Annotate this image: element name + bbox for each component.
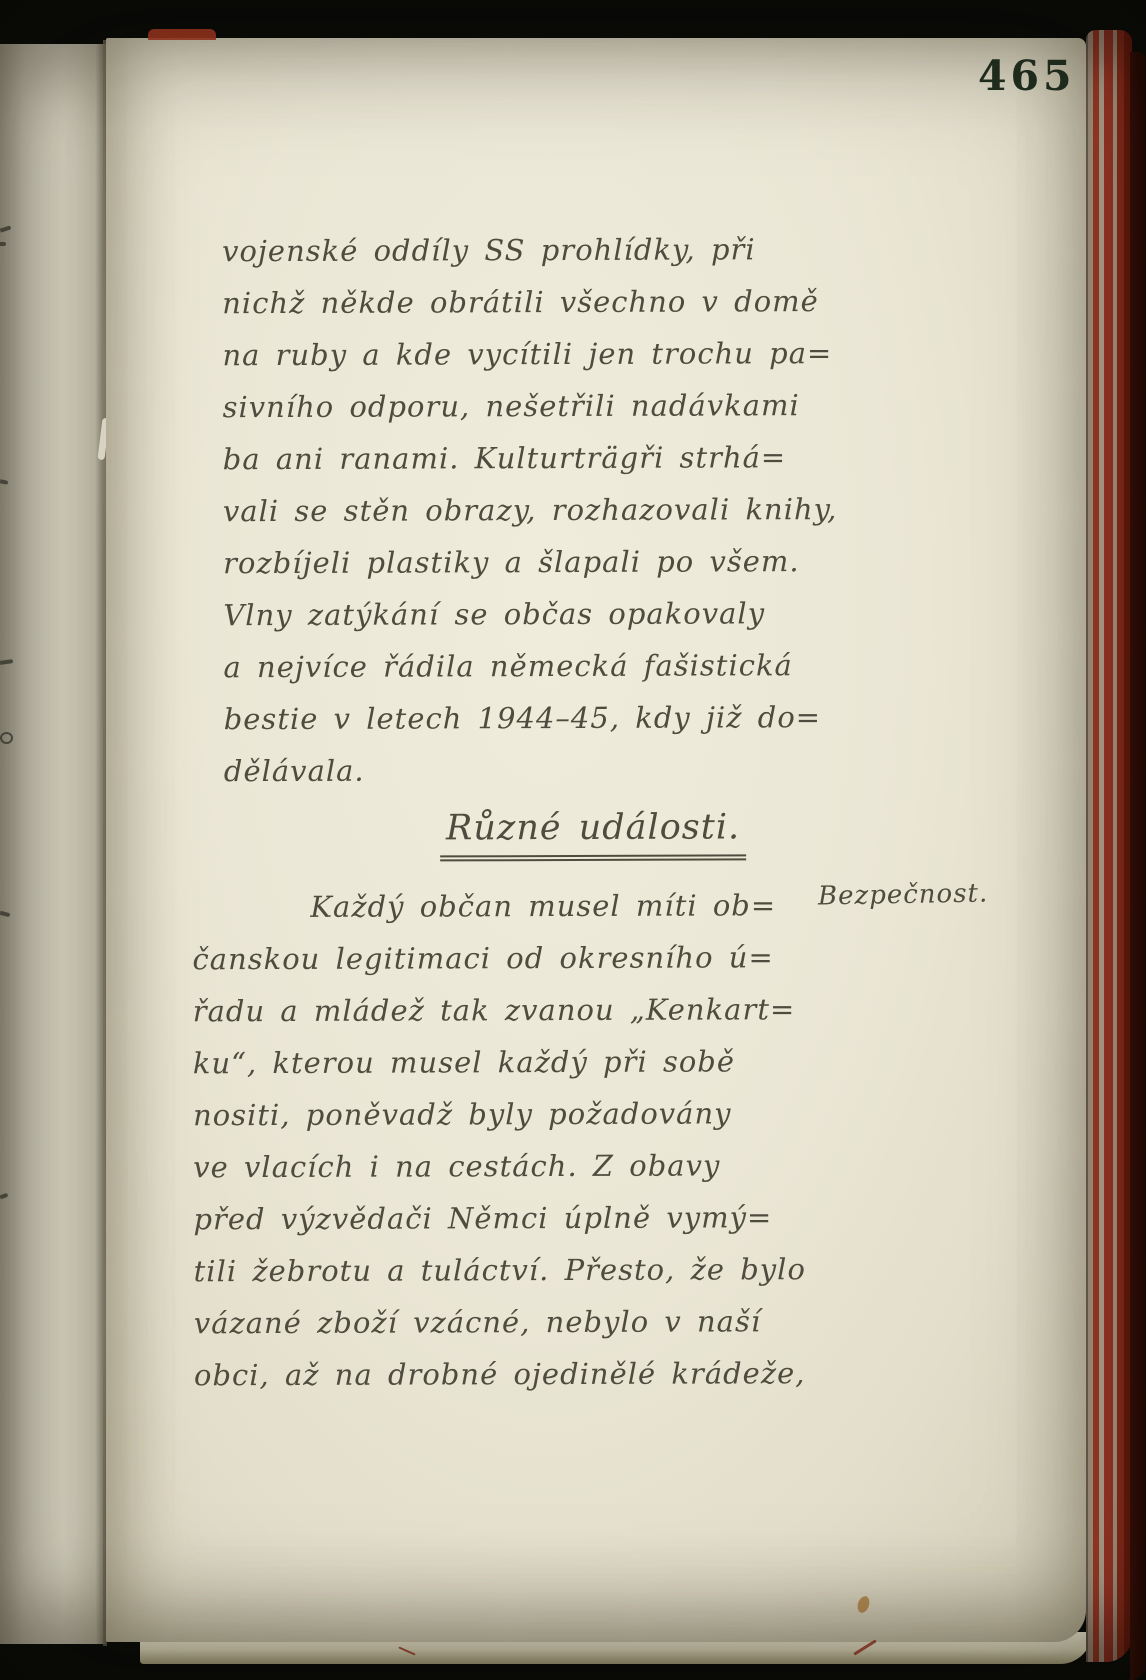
text-line: sivního odporu, nešetřili nadávkami: [222, 379, 902, 433]
handwritten-text-block: vojenské oddíly SS prohlídky, při nichž …: [222, 223, 906, 1401]
section-heading: Různé události.: [440, 801, 746, 861]
text-line: tili žebrotu a tuláctví. Přesto, že bylo: [194, 1243, 906, 1297]
text-line: rozbíjeli plastiky a šlapali po všem.: [223, 535, 903, 589]
left-page-edge: [0, 44, 106, 1644]
paper-stain: [856, 1595, 872, 1615]
text-line: Vlny zatýkání se občas opakovaly: [223, 587, 903, 641]
text-line: vali se stěn obrazy, rozhazovali knihy,: [223, 483, 903, 537]
text-line: na ruby a kde vycítili jen trochu pa=: [222, 327, 902, 381]
book-cover-edge: [1130, 52, 1146, 1680]
edge-ink-fragment: [0, 732, 13, 744]
text-line: ku“, kterou musel každý při sobě: [193, 1035, 905, 1089]
text-line: čanskou legitimaci od okresního ú=: [192, 931, 904, 985]
page-edge-stripes: [1086, 30, 1132, 1662]
edge-ink-fragment: [0, 479, 8, 485]
paragraph-one: vojenské oddíly SS prohlídky, při nichž …: [222, 223, 904, 797]
text-line: a nejvíce řádila německá fašistická: [223, 639, 903, 693]
edge-ink-fragment: [0, 911, 10, 917]
edge-ink-fragment: [0, 225, 11, 232]
margin-note: Bezpečnost.: [818, 879, 989, 912]
edge-ink-fragment: [0, 659, 13, 665]
text-line: bestie v letech 1944–45, kdy již do=: [224, 691, 904, 745]
text-line: vojenské oddíly SS prohlídky, při: [222, 223, 902, 277]
chronicle-page: 465 vojenské oddíly SS prohlídky, při ni…: [106, 38, 1086, 1642]
text-line: před výzvědači Němci úplně vymý=: [193, 1191, 905, 1245]
page-number: 465: [978, 52, 1076, 100]
text-line: Každý občan musel míti ob=: [192, 879, 904, 933]
text-line: nositi, poněvadž byly požadovány: [193, 1087, 905, 1141]
cover-corner-top-left: [148, 29, 216, 40]
paragraph-two: Každý občan musel míti ob= čanskou legit…: [192, 879, 906, 1401]
text-line: ba ani ranami. Kulturträgři strhá=: [223, 431, 903, 485]
book-photo: 465 vojenské oddíly SS prohlídky, při ni…: [0, 0, 1146, 1680]
text-line: vázané zboží vzácné, nebylo v naší: [194, 1295, 906, 1349]
text-line: dělávala.: [224, 743, 904, 797]
text-line: obci, až na drobné ojedinělé krádeže,: [194, 1347, 906, 1401]
edge-ink-fragment: [0, 242, 6, 246]
text-line: nichž někde obrátili všechno v domě: [222, 275, 902, 329]
section-heading-row: Různé události.: [224, 801, 904, 867]
text-line: řadu a mládež tak zvanou „Kenkart=: [193, 983, 905, 1037]
text-line: ve vlacích i na cestách. Z obavy: [193, 1139, 905, 1193]
edge-ink-fragment: [0, 1193, 8, 1199]
